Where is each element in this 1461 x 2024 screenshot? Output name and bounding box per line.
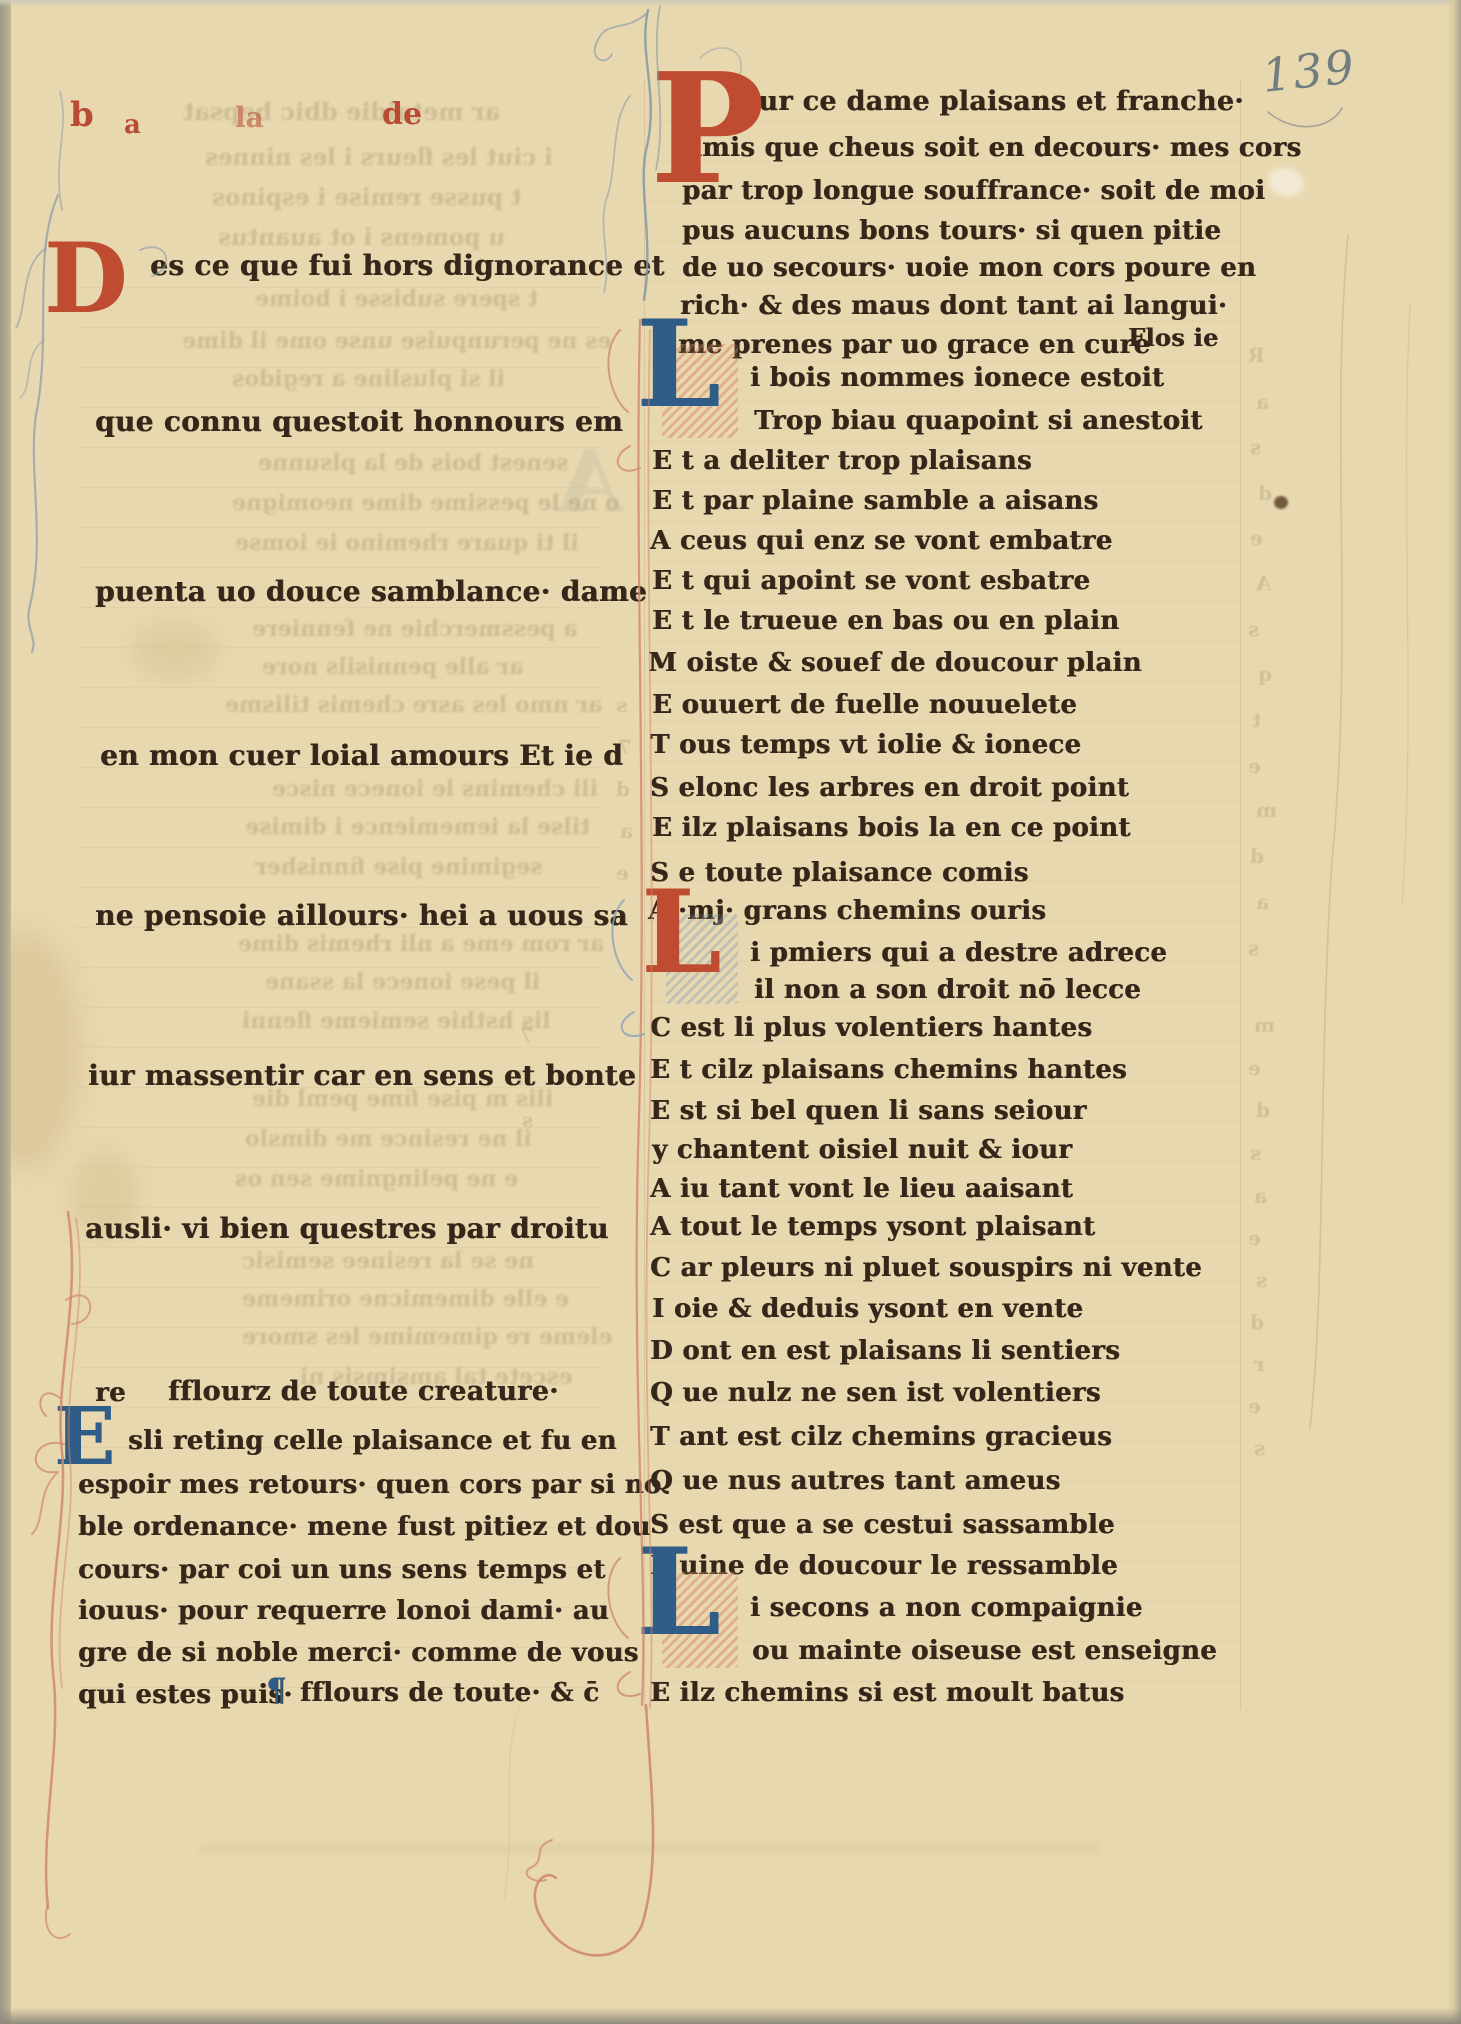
text-line: A tout le temps ysont plaisant xyxy=(650,1214,1095,1240)
text-line: pus aucuns bons tours· si quen pitie xyxy=(682,218,1221,244)
text-line: A iu tant vont le lieu aaisant xyxy=(650,1176,1073,1202)
text-line: D ont en est plaisans li sentiers xyxy=(650,1338,1120,1364)
text-line: Q ue nulz ne sen ist volentiers xyxy=(650,1380,1101,1406)
initial-P: P xyxy=(650,64,764,193)
text-line: i secons a non compaignie xyxy=(750,1595,1143,1621)
text-line: E t a deliter trop plaisans xyxy=(652,448,1032,474)
text-line: par trop longue souffrance· soit de moi xyxy=(682,178,1265,204)
text-line: E ouuert de fuelle nouuelete xyxy=(652,692,1077,718)
text-line: i pmiers qui a destre adrece xyxy=(750,940,1167,966)
initial-E: E xyxy=(54,1402,115,1470)
text-line: T ant est cilz chemins gracieus xyxy=(650,1424,1112,1450)
text-line: A ceus qui enz se vont embatre xyxy=(650,528,1112,554)
text-line: C ar pleurs ni pluet souspirs ni vente xyxy=(650,1255,1202,1281)
initial-L-2: L xyxy=(641,884,721,981)
text-line: Flos ie xyxy=(1128,326,1219,350)
text-line: E ilz chemins si est moult batus xyxy=(650,1680,1124,1706)
text-line: Q ue nus autres tant ameus xyxy=(650,1468,1060,1494)
initial-L-3: L xyxy=(636,1542,720,1644)
text-line: Trop biau quapoint si anestoit xyxy=(754,408,1203,434)
text-line: C est li plus volentiers hantes xyxy=(650,1015,1092,1041)
text-line: E ilz plaisans bois la en ce point xyxy=(652,815,1131,841)
text-line: E t le trueue en bas ou en plain xyxy=(652,608,1119,634)
text-line: de uo secours· uoie mon cors poure en xyxy=(682,255,1256,281)
initial-L-1: L xyxy=(636,314,720,416)
text-line: E st si bel quen li sans seiour xyxy=(650,1098,1087,1124)
text-line: I oie & deduis ysont en vente xyxy=(652,1296,1083,1322)
right-text-column: our ce dame plaisans et franche·amis que… xyxy=(0,0,1461,2024)
text-line: E t par plaine samble a aisans xyxy=(652,488,1098,514)
manuscript-page: ar metaidie dbic bepsati ciut les fleurs… xyxy=(0,0,1461,2024)
text-line: i bois nommes ionece estoit xyxy=(750,365,1164,391)
initial-D: D xyxy=(44,238,127,320)
text-line: our ce dame plaisans et franche· xyxy=(740,88,1244,115)
text-line: amis que cheus soit en decours· mes cors xyxy=(685,135,1301,161)
text-line: me prenes par uo grace en cure xyxy=(678,332,1150,358)
text-line: y chantent oisiel nuit & iour xyxy=(652,1137,1072,1163)
text-line: S elonc les arbres en droit point xyxy=(650,775,1129,801)
text-line: il non a son droit nō lecce xyxy=(754,977,1141,1003)
text-line: E t qui apoint se vont esbatre xyxy=(652,568,1090,594)
text-line: E t cilz plaisans chemins hantes xyxy=(650,1057,1127,1083)
text-line: ou mainte oiseuse est enseigne xyxy=(752,1638,1217,1664)
text-line: T ous temps vt iolie & ionece xyxy=(650,732,1081,758)
text-line: M oiste & souef de doucour plain xyxy=(648,650,1142,676)
text-line: rich· & des maus dont tant ai langui· xyxy=(680,293,1227,319)
